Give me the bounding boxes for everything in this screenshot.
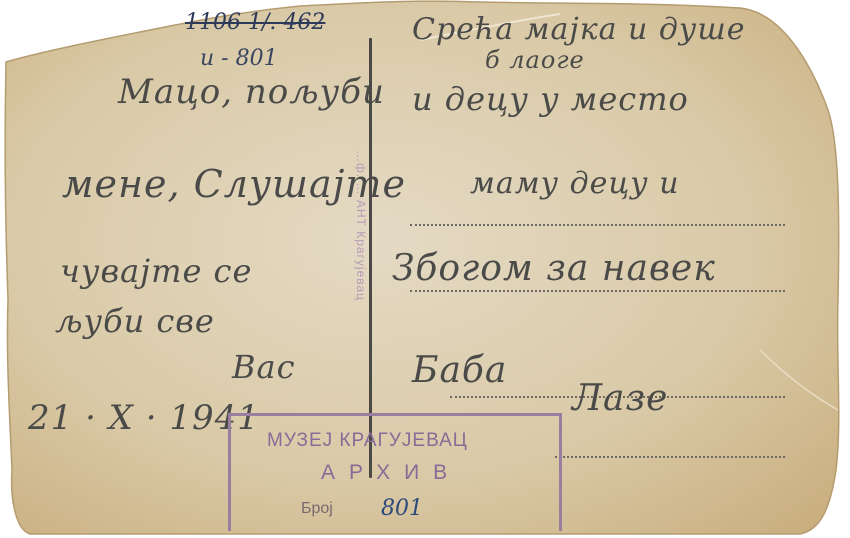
date: 21 · X · 1941 xyxy=(28,398,260,438)
stamp-museum-name: МУЗЕЈ КРАГУЈЕВАЦ xyxy=(267,430,468,452)
address-line-2 xyxy=(410,290,785,292)
message-line: маму децу и xyxy=(470,166,680,201)
message-line: Вас xyxy=(232,348,296,386)
signature: Баба xyxy=(412,350,507,391)
message-line: мене, Слушајте xyxy=(62,162,406,206)
museum-archive-stamp: МУЗЕЈ КРАГУЈЕВАЦ АРХИВ Број 801 xyxy=(228,413,562,531)
address-line-4 xyxy=(555,456,785,458)
message-line: б лаоге xyxy=(485,46,585,74)
message-line: Срећа мајка и душе xyxy=(412,12,746,47)
message-line: и децу у место xyxy=(412,80,689,118)
postcard: 1106 1/. 462 и - 801 …ф. … АНТ Крагујева… xyxy=(0,0,850,538)
stamp-archive-label: АРХИВ xyxy=(321,461,461,485)
stamp-number-label: Број xyxy=(301,500,333,518)
message-line: љуби све xyxy=(55,302,215,340)
message-line: Збогом за навек xyxy=(392,248,716,289)
stamp-number: 801 xyxy=(381,496,423,521)
signature: Лазе xyxy=(572,378,668,419)
archive-number: и - 801 xyxy=(200,46,278,71)
address-line-1 xyxy=(410,224,785,226)
old-archive-number: 1106 1/. 462 xyxy=(185,10,325,35)
message-line: чувајте се xyxy=(60,252,252,290)
message-line: Мацо, пољуби xyxy=(118,72,385,112)
